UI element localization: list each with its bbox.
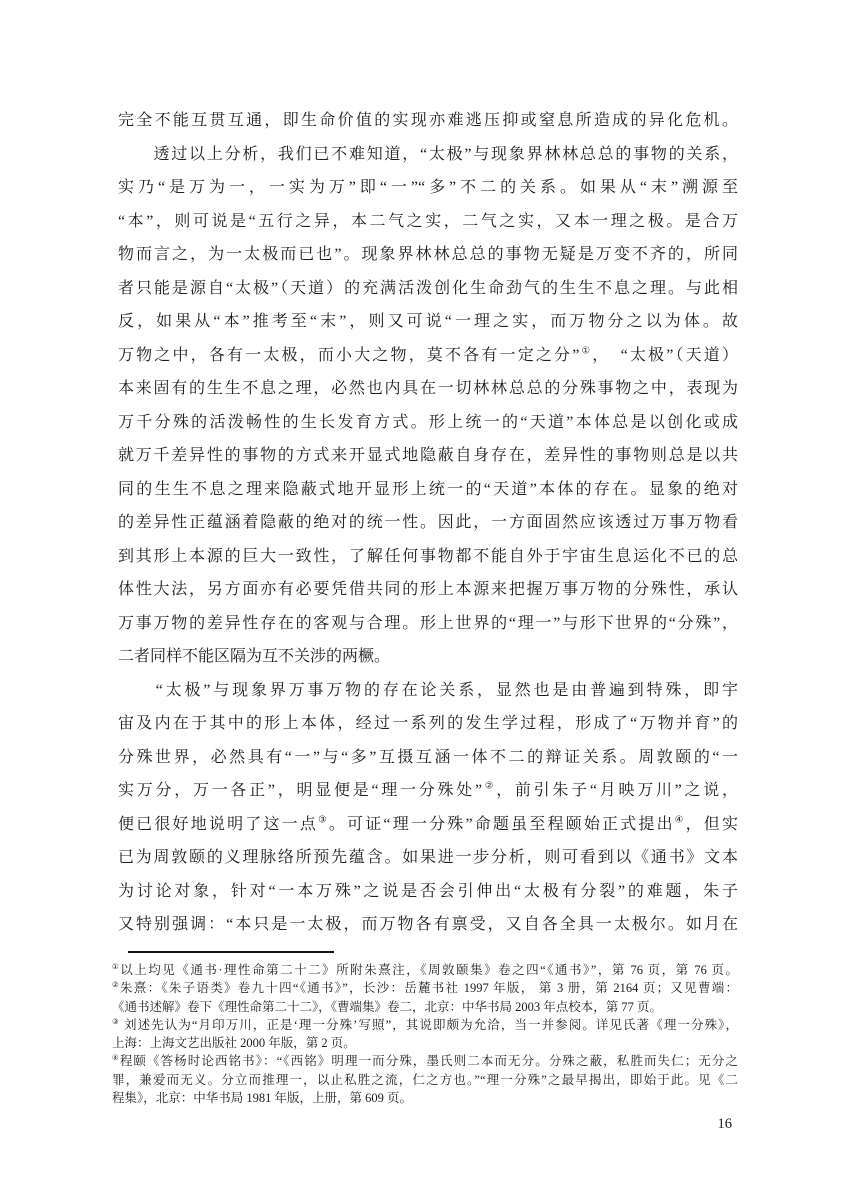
document-page: 完全不能互贯互通，即生命价值的实现亦难逃压抑或窒息所造成的异化危机。 透过以上分… [0,0,850,1202]
footnote-line: 罪，兼爱而无义。分立而推理一，以止私胜之流，仁之方也。”“理一分殊”之最早揭出，… [112,1071,738,1089]
footnote-line: 程集》，北京：中华书局 1981 年版，上册，第 609 页。 [112,1089,738,1107]
document-body: 完全不能互贯互通，即生命价值的实现亦难逃压抑或窒息所造成的异化危机。 透过以上分… [118,104,738,942]
footnote: ④程颐《答杨时论西铭书》：“《西铭》明理一而分殊，墨氏则二本而无分。分殊之蔽，私… [112,1052,738,1107]
text-line: 透过以上分析，我们已不难知道，“太极”与现象界林林总总的事物的关系， [118,138,738,172]
text-line: “太极”与现象界万事万物的存在论关系，显然也是由普遍到特殊，即宇 [118,674,738,708]
footnote-marker: ② [482,781,496,792]
text-line: “本”，则可说是“五行之异，本二气之实，二气之实，又本一理之极。是合万 [118,205,738,239]
text-line: 到其形上本源的巨大一致性，了解任何事物都不能自外于宇宙生息运化不已的总 [118,540,738,574]
paragraph: 透过以上分析，我们已不难知道，“太极”与现象界林林总总的事物的关系，实乃“是万为… [118,138,738,674]
text-line: 实乃“是万为一，一实为万”即“一”“多”不二的关系。如果从“末”溯源至 [118,171,738,205]
text-line: 完全不能互贯互通，即生命价值的实现亦难逃压抑或窒息所造成的异化危机。 [118,104,738,138]
text-line: 实万分，万一各正”，明显便是“理一分殊处”②，前引朱子“月映万川”之说， [118,774,738,808]
footnote: ①以上均见《通书·理性命第二十二》所附朱熹注，《周敦颐集》卷之四“《通书》”，第… [112,961,738,979]
footnote-line: ②朱熹：《朱子语类》卷九十四“《通书》”，长沙：岳麓书社 1997 年版， 第 … [112,979,738,997]
footnote-marker: ③ [318,814,329,825]
text-line: 又特别强调：“本只是一太极，而万物各有禀受，又自各全具一太极尔。如月在 [118,908,738,942]
footnote-line: 上海：上海文艺出版社 2000 年版，第 2 页。 [112,1034,738,1052]
text-line: 万物之中，各有一太极，而小大之物，莫不各有一定之分”①， “太极”（天道） [118,339,738,373]
footnote-marker: ② [112,980,120,989]
footnote-line: 《通书述解》卷下《理性命第二十二》，《曹端集》卷二，北京：中华书局 2003 年… [112,998,738,1016]
footnote: ③ 刘述先认为“月印万川，正是‘理一分殊’写照”，其说即颇为允洽，当一并参阅。详… [112,1016,738,1053]
text-line: 的差异性正蕴涵着隐蔽的绝对的统一性。因此，一方面固然应该透过万事万物看 [118,506,738,540]
footnote-separator [128,951,334,953]
text-line: 物而言之，为一太极而已也”。现象界林林总总的事物无疑是万变不齐的，所同 [118,238,738,272]
footnote-line: ④程颐《答杨时论西铭书》：“《西铭》明理一而分殊，墨氏则二本而无分。分殊之蔽，私… [112,1052,738,1070]
footnote-line: ③ 刘述先认为“月印万川，正是‘理一分殊’写照”，其说即颇为允洽，当一并参阅。详… [112,1016,738,1034]
footnote-marker: ④ [675,814,686,825]
footnotes-section: ①以上均见《通书·理性命第二十二》所附朱熹注，《周敦颐集》卷之四“《通书》”，第… [112,961,738,1107]
paragraph: “太极”与现象界万事万物的存在论关系，显然也是由普遍到特殊，即宇宙及内在于其中的… [118,674,738,942]
text-line: 万千分殊的活泼畅性的生长发育方式。形上统一的“天道”本体总是以创化或成 [118,406,738,440]
footnote-marker: ④ [112,1053,120,1062]
paragraph: 完全不能互贯互通，即生命价值的实现亦难逃压抑或窒息所造成的异化危机。 [118,104,738,138]
text-line: 便已很好地说明了这一点③。可证“理一分殊”命题虽至程颐始正式提出④，但实 [118,808,738,842]
text-line: 者只能是源自“太极”（天道）的充满活泼创化生命劲气的生生不息之理。与此相 [118,272,738,306]
text-line: 二者同样不能区隔为互不关涉的两橛。 [118,640,738,674]
text-line: 分殊世界，必然具有“一”与“多”互摄互涵一体不二的辩证关系。周敦颐的“一 [118,741,738,775]
footnote-marker: ① [579,345,592,356]
text-line: 同的生生不息之理来隐蔽式地开显形上统一的“天道”本体的存在。显象的绝对 [118,473,738,507]
footnote: ②朱熹：《朱子语类》卷九十四“《通书》”，长沙：岳麓书社 1997 年版， 第 … [112,979,738,1016]
text-line: 万事万物的差异性存在的客观与合理。形上世界的“理一”与形下世界的“分殊”， [118,607,738,641]
text-line: 本来固有的生生不息之理，必然也内具在一切林林总总的分殊事物之中，表现为 [118,372,738,406]
footnote-marker: ③ [112,1017,120,1026]
text-line: 宙及内在于其中的形上本体，经过一系列的发生学过程，形成了“万物并育”的 [118,707,738,741]
text-line: 已为周敦颐的义理脉络所预先蕴含。如果进一步分析，则可看到以《通书》文本 [118,841,738,875]
text-line: 体性大法，另方面亦有必要凭借共同的形上本源来把握万事万物的分殊性，承认 [118,573,738,607]
page-number: 16 [118,1116,732,1133]
text-line: 反，如果从“本”推考至“末”，则又可说“一理之实，而万物分之以为体。故 [118,305,738,339]
footnote-line: ①以上均见《通书·理性命第二十二》所附朱熹注，《周敦颐集》卷之四“《通书》”，第… [112,961,738,979]
footnote-marker: ① [112,962,120,971]
text-line: 为讨论对象，针对“一本万殊”之说是否会引伸出“太极有分裂”的难题，朱子 [118,875,738,909]
text-line: 就万千差异性的事物的方式来开显式地隐蔽自身存在，差异性的事物则总是以共 [118,439,738,473]
